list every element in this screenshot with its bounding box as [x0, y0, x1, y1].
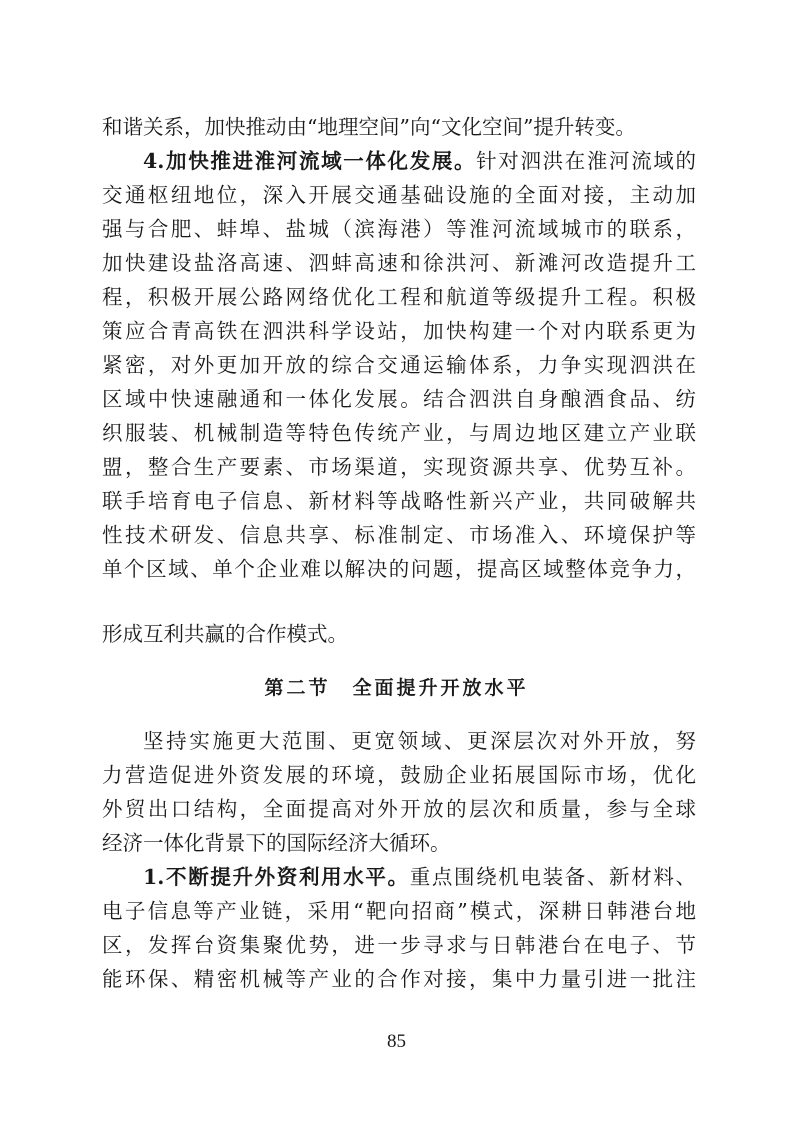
text-line: 形成互利共赢的合作模式。	[102, 617, 696, 651]
text-line: 加快建设盐洛高速、泗蚌高速和徐洪河、新滩河改造提升工	[102, 246, 696, 280]
text-run: 针对泗洪在淮河流域的	[476, 149, 696, 173]
text-line: 外贸出口结构，全面提高对外开放的层次和质量，参与全球	[102, 792, 696, 826]
text-line: 盟，整合生产要素、市场渠道，实现资源共享、优势互补。	[102, 450, 696, 484]
text-line: 1.不断提升外资利用水平。重点围绕机电装备、新材料、	[143, 860, 696, 894]
text-line: 4.加快推进淮河流域一体化发展。针对泗洪在淮河流域的	[143, 144, 696, 178]
text-line: 紧密，对外更加开放的综合交通运输体系，力争实现泗洪在	[102, 348, 696, 382]
text-line: 坚持实施更大范围、更宽领域、更深层次对外开放，努	[143, 724, 696, 758]
text-line: 区域中快速融通和一体化发展。结合泗洪自身酿酒食品、纺	[102, 382, 696, 416]
item-heading: 4.加快推进淮河流域一体化发展。	[143, 149, 476, 173]
text-line: 区，发挥台资集聚优势，进一步寻求与日韩港台在电子、节	[102, 928, 696, 962]
text-run: 重点围绕机电装备、新材料、	[410, 865, 696, 889]
item-heading: 1.不断提升外资利用水平。	[143, 865, 410, 889]
text-line: 联手培育电子信息、新材料等战略性新兴产业，共同破解共	[102, 484, 696, 518]
text-line: 强与合肥、蚌埠、盐城（滨海港）等淮河流域城市的联系，	[102, 212, 696, 246]
text-line: 力营造促进外资发展的环境，鼓励企业拓展国际市场，优化	[102, 758, 696, 792]
text-line: 性技术研发、信息共享、标准制定、市场准入、环境保护等	[102, 518, 696, 552]
text-line: 能环保、精密机械等产业的合作对接，集中力量引进一批注	[102, 962, 696, 996]
text-line: 织服装、机械制造等特色传统产业，与周边地区建立产业联	[102, 416, 696, 450]
text-line: 交通枢纽地位，深入开展交通基础设施的全面对接，主动加	[102, 178, 696, 212]
section-heading: 第二节 全面提升开放水平	[0, 671, 793, 705]
text-line: 程，积极开展公路网络优化工程和航道等级提升工程。积极	[102, 280, 696, 314]
text-line: 策应合青高铁在泗洪科学设站，加快构建一个对内联系更为	[102, 314, 696, 348]
document-page: 和谐关系，加快推动由“地理空间”向“文化空间”提升转变。 4.加快推进淮河流域一…	[0, 0, 793, 1122]
text-line: 电子信息等产业链，采用“靶向招商”模式，深耕日韩港台地	[102, 894, 696, 928]
text-line: 单个区域、单个企业难以解决的问题，提高区域整体竞争力，	[102, 552, 696, 586]
page-number: 85	[0, 1031, 793, 1053]
text-line: 和谐关系，加快推动由“地理空间”向“文化空间”提升转变。	[102, 110, 696, 144]
text-line: 经济一体化背景下的国际经济大循环。	[102, 826, 696, 860]
